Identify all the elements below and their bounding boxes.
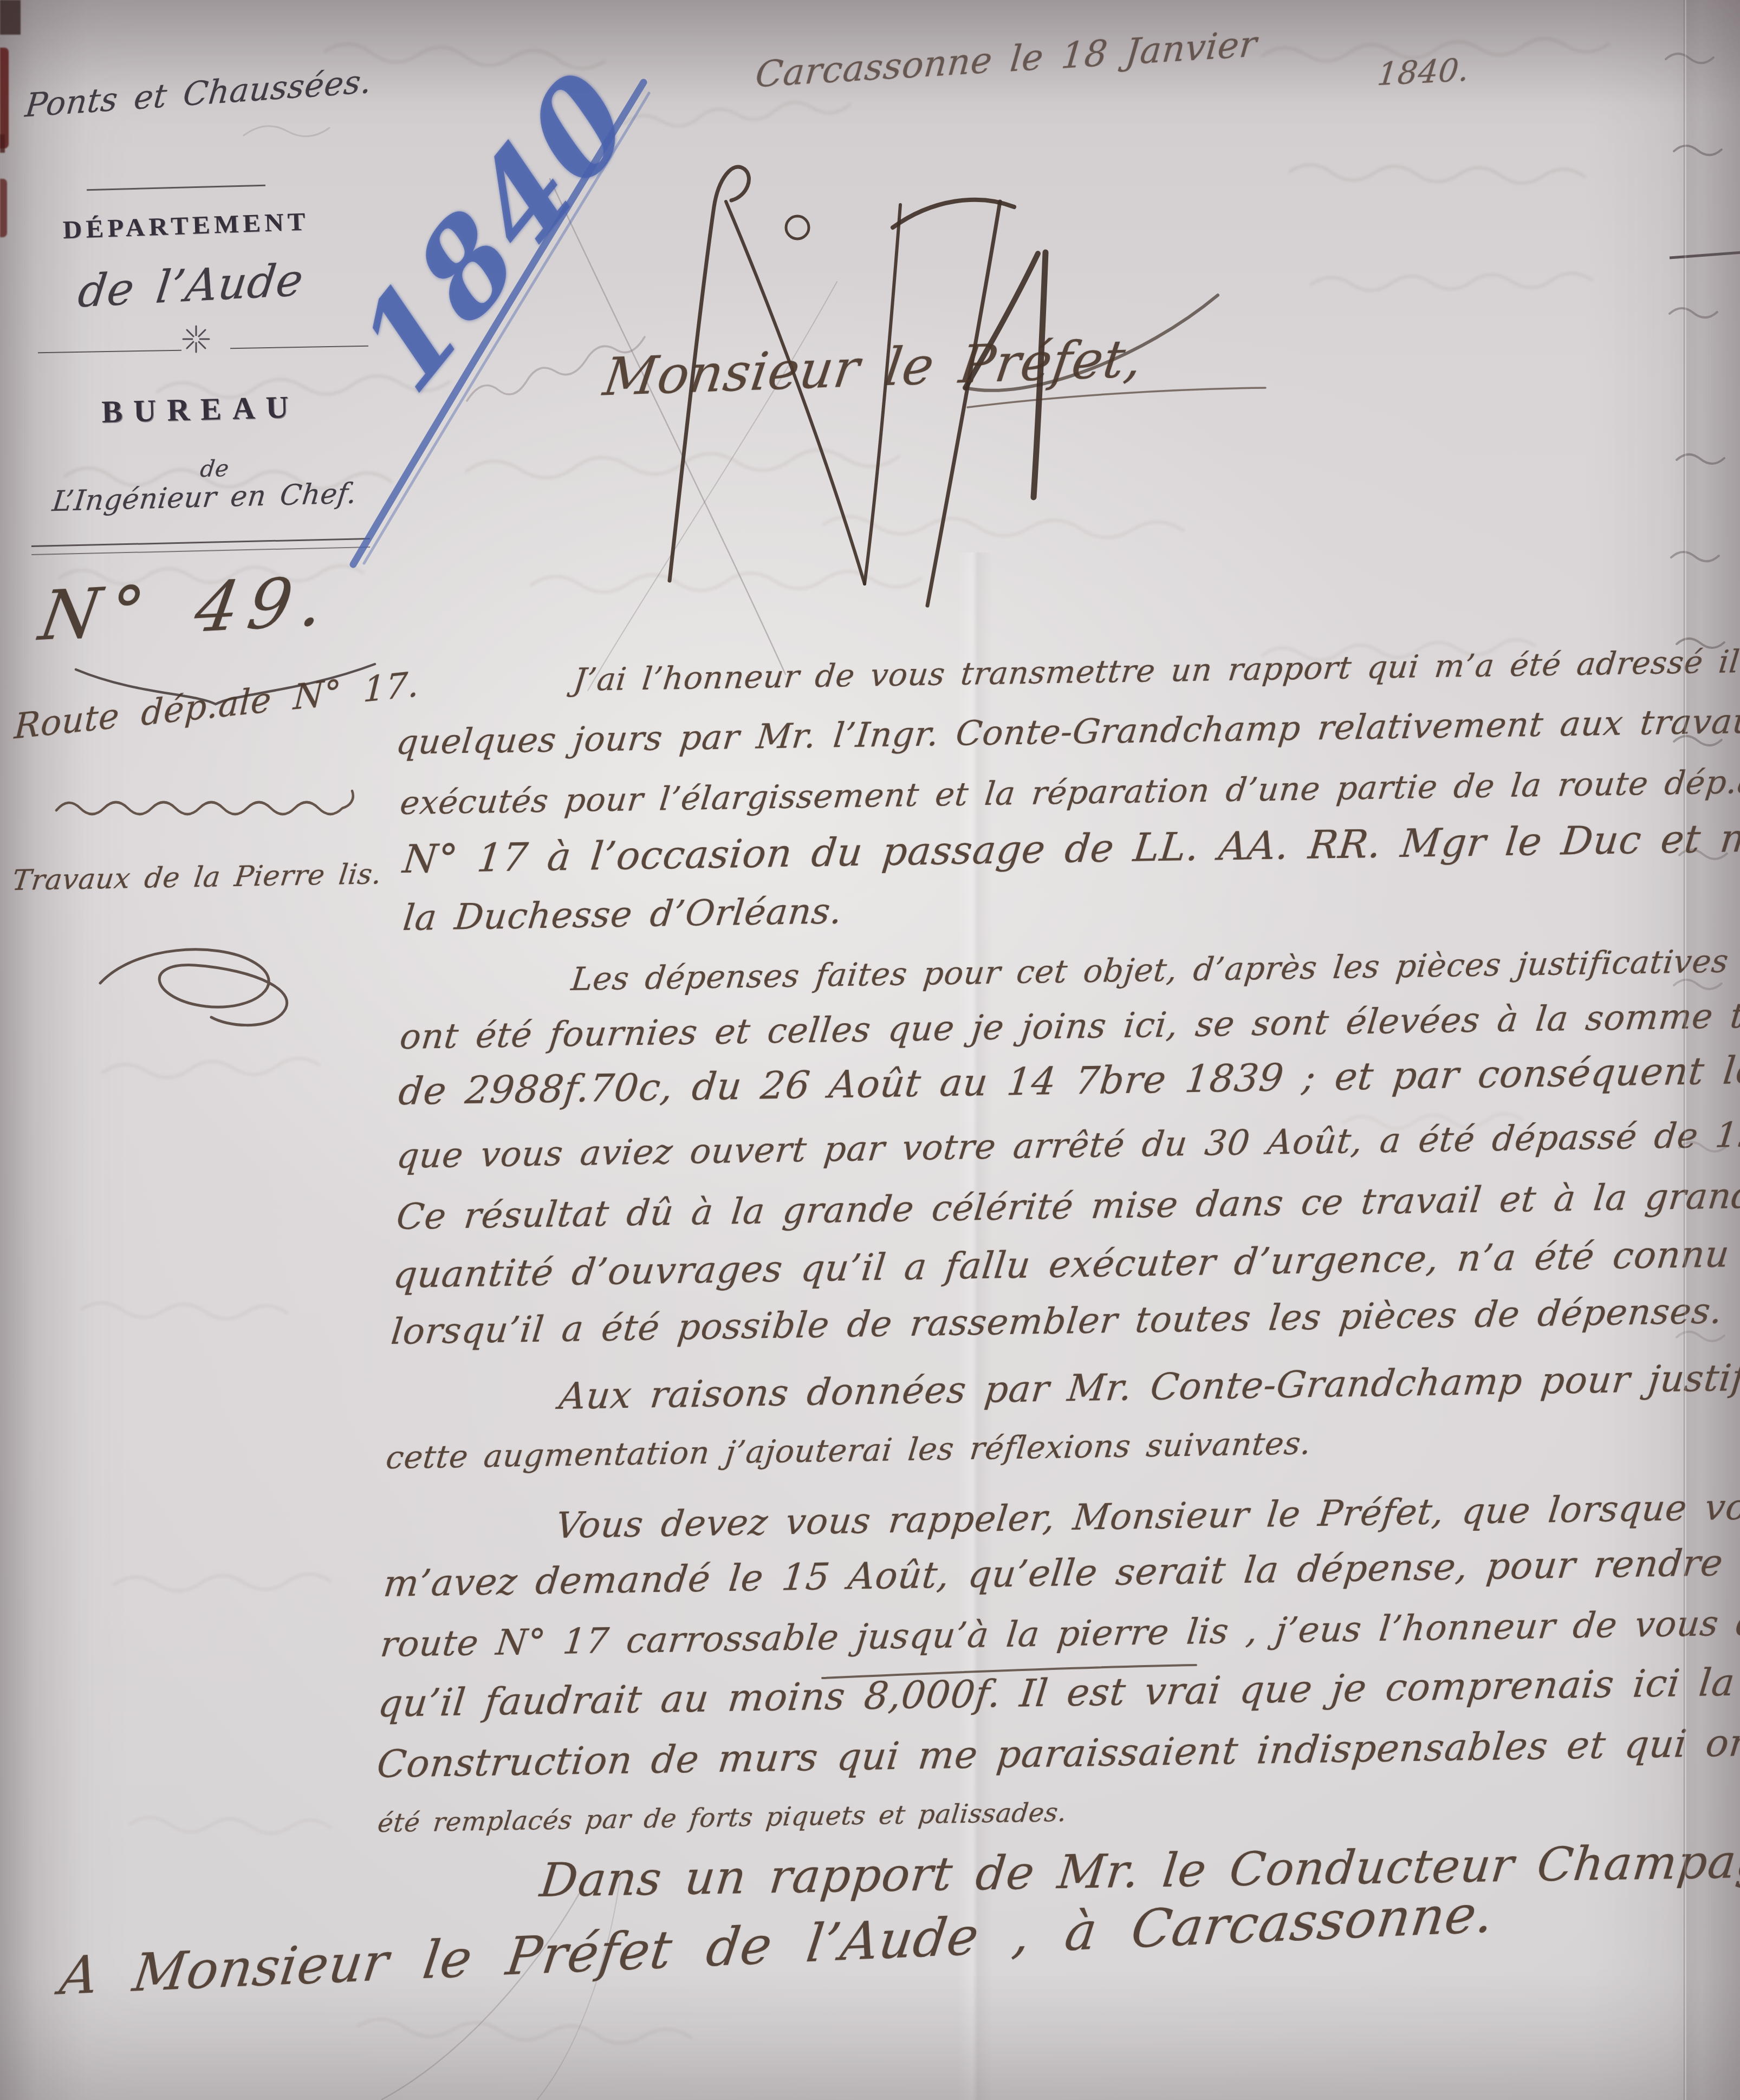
blue-diagonal-stroke (0, 0, 1740, 758)
document-photo: Ponts et Chaussées. DÉPARTEMENT de l’Aud… (0, 0, 1740, 2100)
